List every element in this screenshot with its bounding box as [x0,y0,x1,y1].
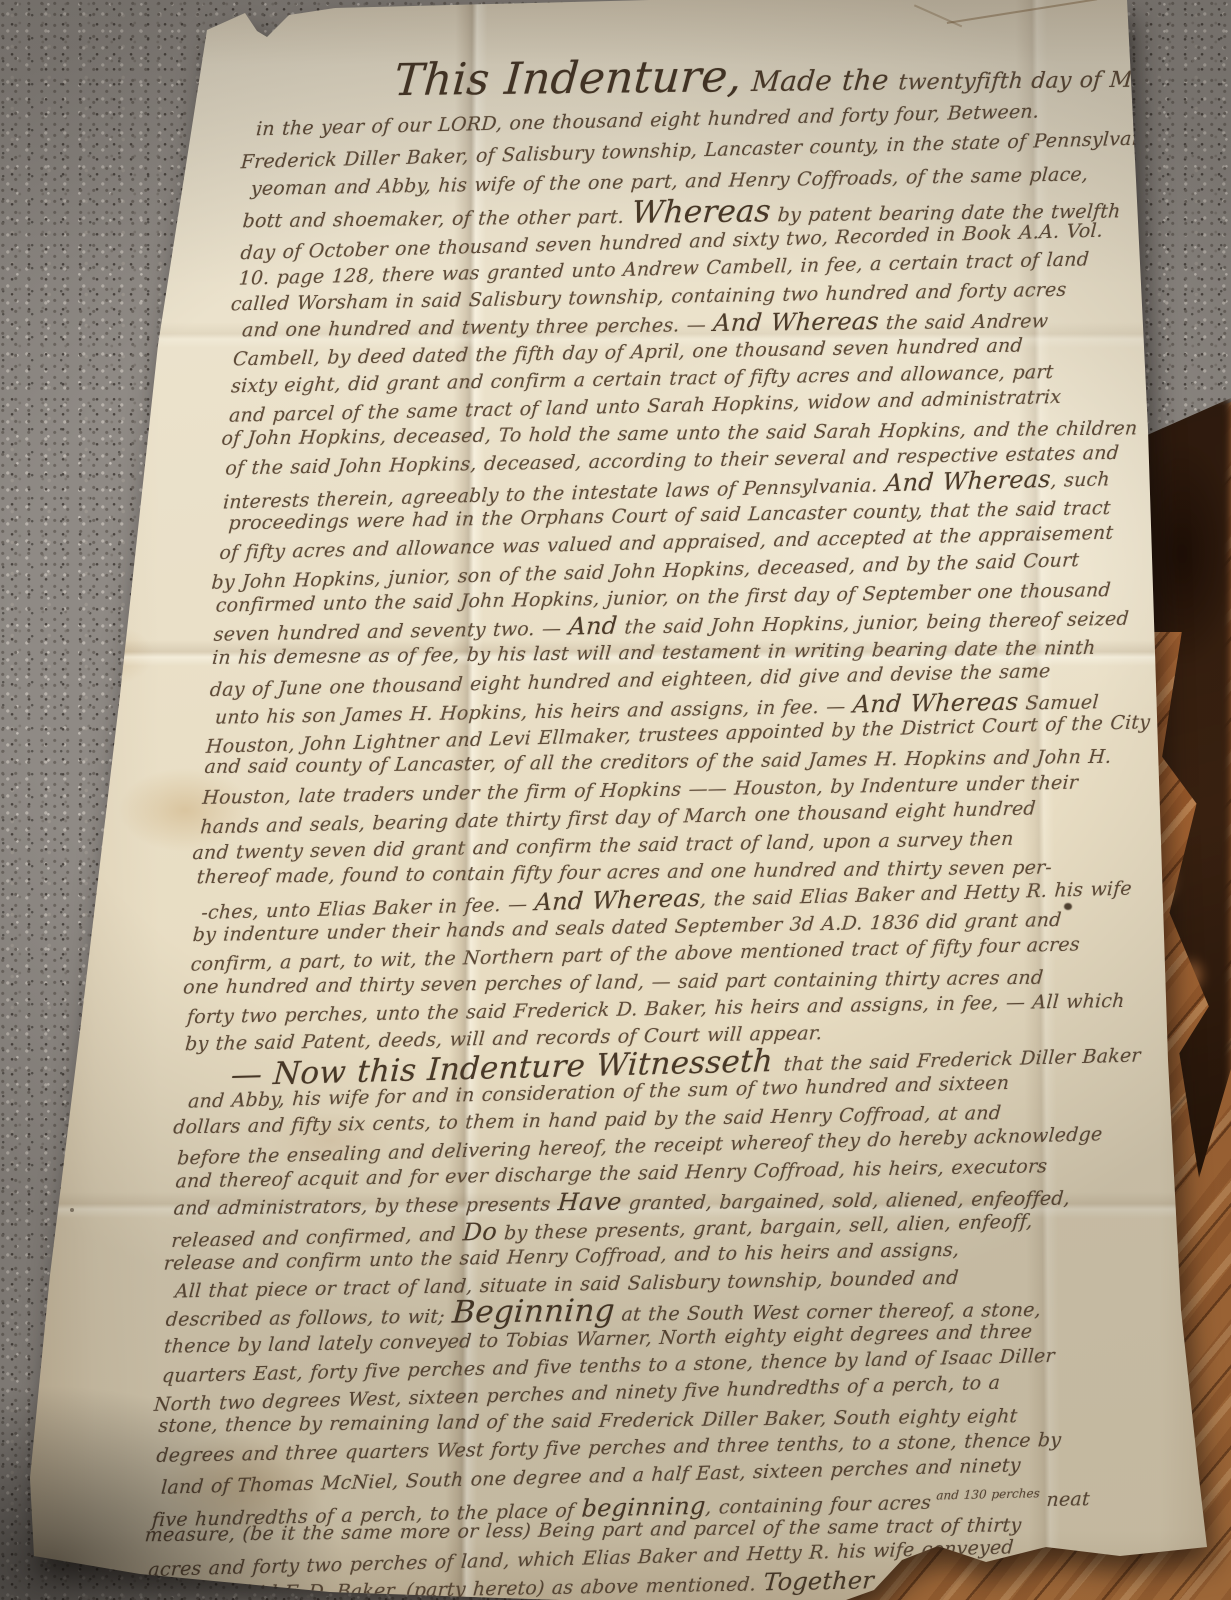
photo-scene: This Indenture, Made the twentyfifth day… [0,0,1231,1600]
doc-line-text: Together [762,1566,874,1596]
doc-line-text: Do [462,1218,498,1247]
doc-line-text: Have [557,1187,623,1216]
doc-line-text: , such [1050,468,1111,492]
doc-line-text: Whereas [630,193,772,231]
ink-blot [70,1208,74,1212]
doc-line-text: Made the [740,63,900,98]
corner-fold-mark [906,4,962,45]
doc-line-text: day of March [1022,67,1184,94]
doc-line-text: and one hundred and twenty three perches… [241,314,714,341]
doc-line-text: described as follows, to wit; [165,1306,453,1331]
indenture-paper: This Indenture, Made the twentyfifth day… [0,0,1231,1600]
doc-line-text: This Indenture, [392,51,743,106]
doc-line-text: And Whereas [534,884,701,916]
doc-line-text: bott and shoemaker, of the other part. [242,206,632,232]
doc-line-text: neat [1039,1488,1091,1511]
doc-line-text: the said Andrew [878,310,1049,334]
doc-line-text: and 130 perches [931,1486,1040,1502]
doc-line-text: Beginning [451,1293,616,1331]
doc-line-text: and administrators, by these presents [173,1193,559,1219]
document-paper-wrap: This Indenture, Made the twentyfifth day… [0,0,1231,1600]
doc-line-text: twentyfifth [898,69,1025,95]
handwritten-text: This Indenture, Made the twentyfifth day… [140,44,1178,1600]
doc-line-text: And [568,612,619,641]
doc-line-text: And Whereas [712,307,880,337]
doc-line-text: And Whereas [884,464,1051,496]
ink-blot [116,366,121,371]
